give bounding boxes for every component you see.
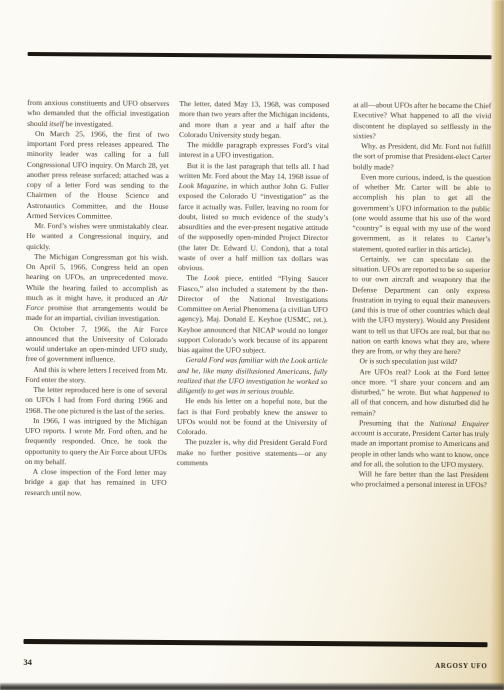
paragraph: In 1966, I was intrigued by the Michigan… [25, 416, 167, 468]
body-text: Why, as President, did Mr. Ford not fulf… [353, 141, 491, 171]
body-text: account is accurate, President Carter ha… [351, 428, 489, 469]
text-column-2: The letter, dated May 13, 1968, was comp… [176, 99, 330, 635]
paragraph: The middle paragraph expresses Ford’s vi… [179, 140, 329, 162]
body-text: Certainly, we can speculate on the situa… [352, 254, 491, 356]
paragraph: Mr. Ford’s wishes were unmistakably clea… [26, 221, 168, 253]
paragraph: But it is the last paragraph that tells … [178, 161, 329, 275]
body-text: On October 7, 1966, the Air Force announ… [25, 324, 167, 364]
body-text: The [186, 273, 204, 282]
body-text: promise that arrangements would be made … [26, 303, 168, 323]
body-text: In 1966, I was intrigued by the Michigan… [25, 416, 167, 466]
bottom-rule [24, 639, 488, 647]
paragraph: Even more curious, indeed, is the questi… [352, 172, 491, 255]
body-text: Presuming that the [359, 418, 430, 427]
paragraph: Why, as President, did Mr. Ford not fulf… [353, 141, 491, 173]
text-column-3: at all—about UFOs after he became the Ch… [350, 100, 492, 636]
italic-text: Look [204, 273, 219, 282]
italic-text: National Enquirer [430, 419, 490, 428]
paragraph: And this is where letters I received fro… [25, 364, 167, 385]
body-text: The letter, dated May 13, 1968, was comp… [179, 99, 329, 139]
article-body: from anxious constituents and UFO observ… [24, 98, 492, 636]
italic-text: Gerald Ford was familiar with the Look a… [177, 355, 327, 396]
paragraph: On October 7, 1966, the Air Force announ… [25, 323, 167, 365]
paragraph: The Michigan Congressman got his wish. O… [26, 252, 168, 325]
body-text: The Michigan Congressman got his wish. O… [26, 252, 168, 303]
body-text: And this is where letters I received fro… [25, 365, 167, 385]
body-text: On March 25, 1966, the first of two impo… [26, 129, 169, 221]
magazine-name: ARGOSY UFO [435, 662, 487, 670]
paragraph: Will he fare better than the last Presid… [351, 469, 489, 490]
paragraph: at all—about UFOs after he became the Ch… [353, 100, 491, 142]
italic-text: itself [49, 119, 64, 128]
italic-text: happened [451, 388, 481, 397]
body-text: Even more curious, indeed, is the questi… [352, 172, 491, 254]
body-text: He ends his letter on a hopeful note, bu… [177, 396, 327, 436]
paragraph: Presuming that the National Enquirer acc… [351, 418, 489, 470]
body-text: , in which author John G. Fuller exposed… [178, 181, 329, 272]
body-text: A close inspection of the Ford letter ma… [25, 467, 167, 497]
paragraph: Are UFOs real? Look at the Ford letter o… [351, 367, 489, 419]
text-column-1: from anxious constituents and UFO observ… [24, 98, 170, 634]
body-text: Mr. Ford’s wishes were unmistakably clea… [26, 221, 168, 251]
page-edge-shadow [491, 0, 504, 690]
italic-text: Look Magazine [179, 181, 227, 190]
paragraph: A close inspection of the Ford letter ma… [25, 467, 167, 499]
paragraph: On March 25, 1966, the first of two impo… [26, 129, 169, 222]
paragraph: The Look piece, entitled “Flying Saucer … [178, 273, 329, 356]
top-rule [28, 52, 492, 59]
body-text: Or is such speculation just wild? [359, 357, 457, 367]
paragraph: He ends his letter on a hopeful note, bu… [177, 396, 327, 438]
body-text: Will he fare better than the last Presid… [351, 469, 489, 489]
body-text: be investigated. [64, 119, 113, 128]
paragraph: Certainly, we can speculate on the situa… [352, 254, 491, 357]
paragraph: The puzzler is, why did President Gerald… [177, 437, 327, 469]
scanned-page: from anxious constituents and UFO observ… [0, 0, 504, 690]
page-content: from anxious constituents and UFO observ… [23, 0, 492, 670]
paragraph: The letter, dated May 13, 1968, was comp… [179, 99, 329, 141]
body-text: But it is the last paragraph that tells … [179, 161, 329, 181]
scan-bottom-shadow [0, 683, 504, 690]
paragraph: The letter reproduced here is one of sev… [25, 385, 167, 417]
paragraph: from anxious constituents and UFO observ… [27, 98, 169, 130]
body-text: at all—about UFOs after he became the Ch… [353, 100, 491, 140]
page-footer: 34 ARGOSY UFO [23, 657, 487, 670]
body-text: The middle paragraph expresses Ford’s vi… [179, 140, 329, 160]
body-text: The puzzler is, why did President Gerald… [177, 437, 327, 467]
body-text: piece, entitled “Flying Saucer Fiasco,” … [178, 274, 329, 355]
body-text: The letter reproduced here is one of sev… [25, 385, 167, 415]
paragraph: Gerald Ford was familiar with the Look a… [177, 355, 327, 397]
page-number: 34 [23, 657, 32, 667]
